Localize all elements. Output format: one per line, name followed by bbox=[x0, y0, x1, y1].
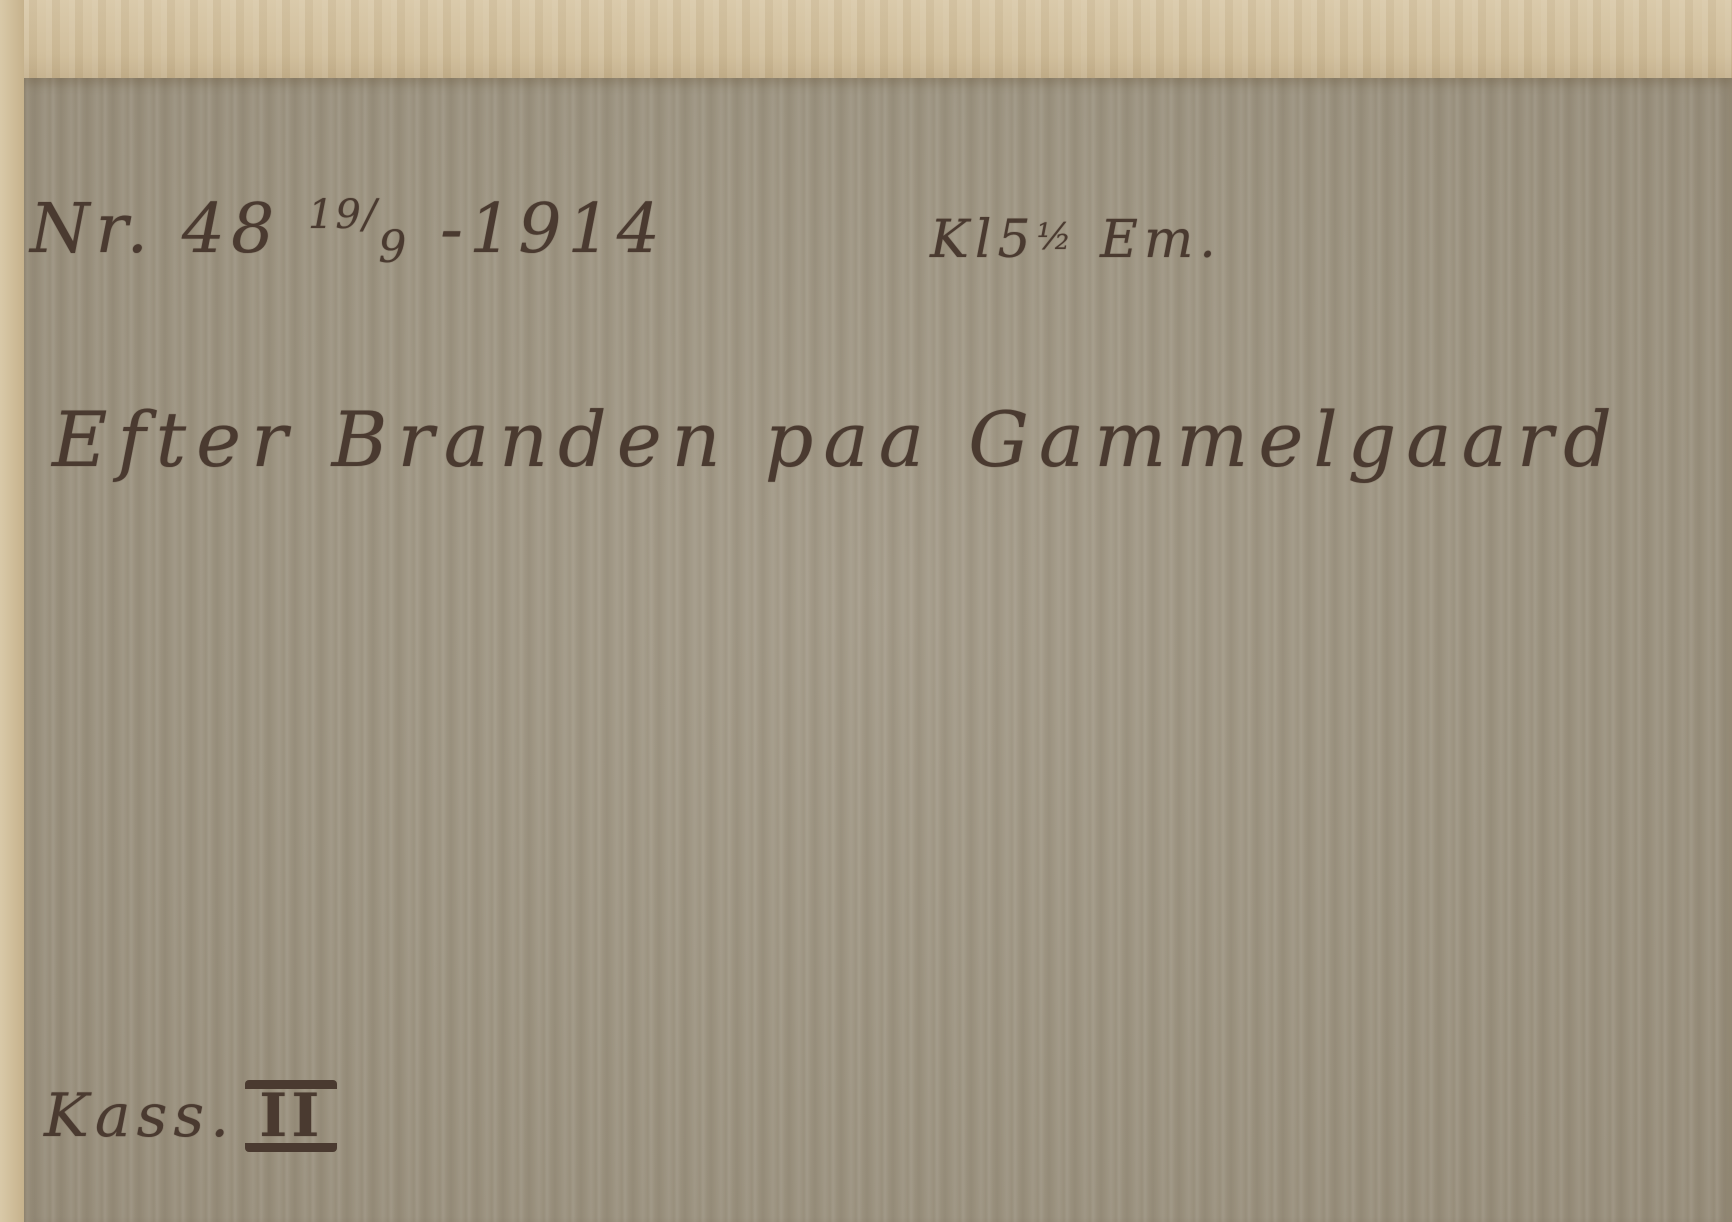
date-separator: / bbox=[363, 192, 378, 238]
time-suffix: Em. bbox=[1100, 210, 1222, 270]
box-label: Kass.II bbox=[44, 1080, 337, 1152]
number-label: Nr. bbox=[30, 190, 154, 269]
envelope-left-edge bbox=[0, 0, 24, 1222]
catalog-number-and-date: Nr. 48 19/9 -1914 bbox=[30, 190, 666, 273]
time-of-day: Kl5½ Em. bbox=[930, 210, 1222, 270]
time-label: Kl bbox=[930, 210, 997, 270]
catalog-number: 48 bbox=[182, 190, 281, 269]
envelope-top-flap bbox=[0, 0, 1732, 90]
date-year: 1914 bbox=[469, 190, 666, 269]
time-hour: 5 bbox=[997, 210, 1036, 270]
document-title: Efter Branden paa Gammelgaard bbox=[52, 395, 1622, 484]
date-day: 19 bbox=[308, 192, 363, 238]
box-label-text: Kass. bbox=[44, 1081, 235, 1151]
date-month: 9 bbox=[378, 222, 412, 273]
box-number: II bbox=[245, 1080, 337, 1152]
year-dash: - bbox=[440, 190, 469, 269]
time-fraction: ½ bbox=[1037, 217, 1078, 258]
